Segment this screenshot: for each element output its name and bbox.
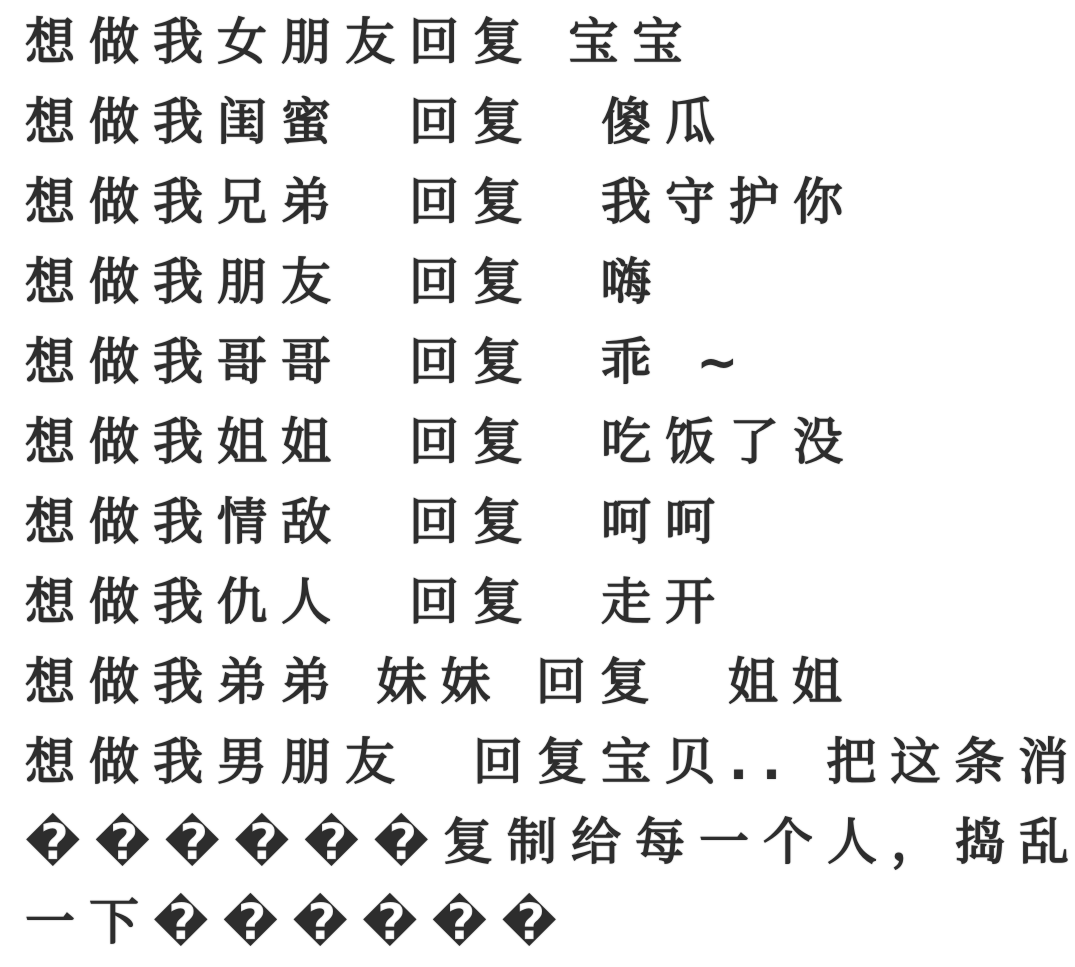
- text-line-copy-instruction: ������复制给每一个人，捣乱: [25, 802, 1067, 882]
- text-line-enemy: 想做我仇人 回复 走开: [25, 562, 1067, 642]
- text-line-brother: 想做我兄弟 回复 我守护你: [25, 162, 1067, 242]
- text-line-rival: 想做我情敌 回复 呵呵: [25, 482, 1067, 562]
- text-line-boyfriend: 想做我男朋友 回复宝贝.. 把这条消息: [25, 722, 1067, 802]
- text-line-bestie: 想做我闺蜜 回复 傻瓜: [25, 82, 1067, 162]
- text-line-older-brother: 想做我哥哥 回复 乖 ~: [25, 322, 1067, 402]
- chain-message-text-image: 想做我女朋友回复 宝宝 想做我闺蜜 回复 傻瓜 想做我兄弟 回复 我守护你 想做…: [0, 0, 1075, 967]
- text-line-friend: 想做我朋友 回复 嗨: [25, 242, 1067, 322]
- text-line-closing: 一下������: [25, 882, 1067, 962]
- text-line-girlfriend: 想做我女朋友回复 宝宝: [25, 2, 1067, 82]
- text-line-older-sister: 想做我姐姐 回复 吃饭了没: [25, 402, 1067, 482]
- text-line-younger-sibling: 想做我弟弟 妹妹 回复 姐姐: [25, 642, 1067, 722]
